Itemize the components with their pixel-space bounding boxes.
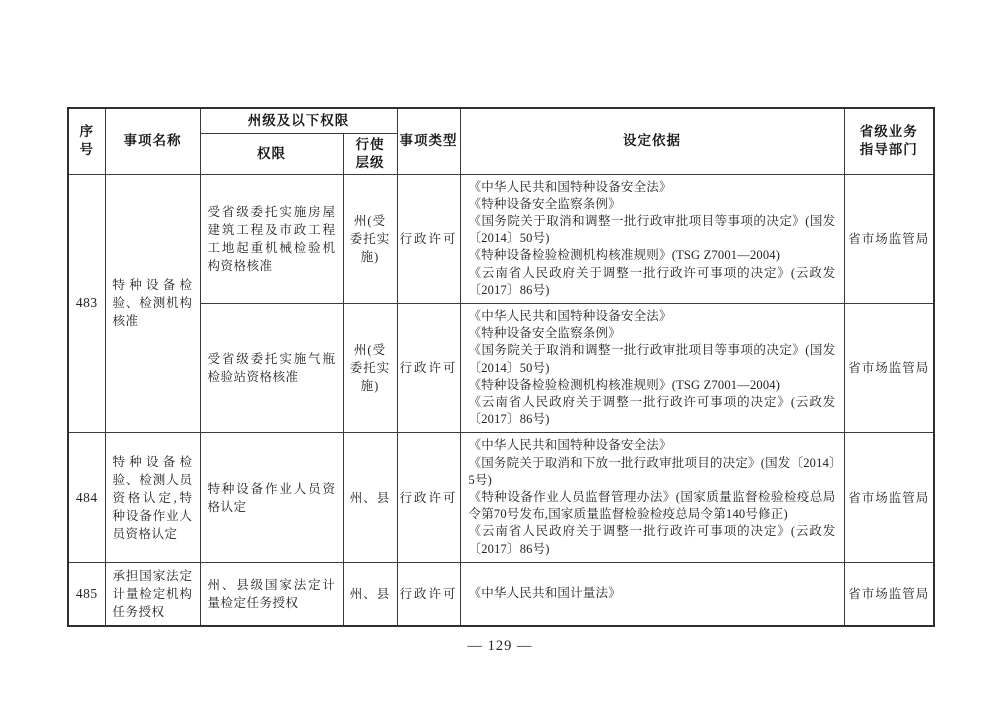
header-seq: 序 号 bbox=[68, 108, 105, 174]
exercise-level-cell: 州、县 bbox=[343, 562, 397, 626]
header-guidance-dept: 省级业务 指导部门 bbox=[844, 108, 934, 174]
item-name-cell: 特种设备检验、检测机构核准 bbox=[105, 174, 200, 433]
table-row-483-sub1: 483 特种设备检验、检测机构核准 受省级委托实施房屋建筑工程及市政工程工地起重… bbox=[68, 174, 934, 303]
header-basis: 设定依据 bbox=[460, 108, 844, 174]
header-row-group: 序 号 事项名称 州级及以下权限 事项类型 设定依据 省级业务 指导部门 bbox=[68, 108, 934, 133]
table-row-484: 484 特种设备检验、检测人员资格认定,特种设备作业人员资格认定 特种设备作业人… bbox=[68, 433, 934, 562]
table-row-485: 485 承担国家法定计量检定机构任务授权 州、县级国家法定计量检定任务授权 州、… bbox=[68, 562, 934, 626]
header-authority: 权限 bbox=[200, 133, 343, 174]
authority-cell: 受省级委托实施气瓶检验站资格核准 bbox=[200, 303, 343, 432]
header-item-name: 事项名称 bbox=[105, 108, 200, 174]
guidance-dept-cell: 省市场监管局 bbox=[844, 433, 934, 562]
document-page: 序 号 事项名称 州级及以下权限 事项类型 设定依据 省级业务 指导部门 权限 … bbox=[0, 0, 1000, 707]
seq-cell: 484 bbox=[68, 433, 105, 562]
item-name-cell: 承担国家法定计量检定机构任务授权 bbox=[105, 562, 200, 626]
page-number: — 129 — bbox=[0, 638, 1000, 655]
item-name-cell: 特种设备检验、检测人员资格认定,特种设备作业人员资格认定 bbox=[105, 433, 200, 562]
exercise-level-cell: 州(受委托实施) bbox=[343, 174, 397, 303]
basis-cell: 《中华人民共和国特种设备安全法》 《特种设备安全监察条例》 《国务院关于取消和调… bbox=[460, 174, 844, 303]
guidance-dept-cell: 省市场监管局 bbox=[844, 303, 934, 432]
basis-cell: 《中华人民共和国计量法》 bbox=[460, 562, 844, 626]
authority-cell: 州、县级国家法定计量检定任务授权 bbox=[200, 562, 343, 626]
item-type-cell: 行政许可 bbox=[397, 433, 460, 562]
authority-cell: 受省级委托实施房屋建筑工程及市政工程工地起重机械检验机构资格核准 bbox=[200, 174, 343, 303]
exercise-level-cell: 州(受委托实施) bbox=[343, 303, 397, 432]
header-exercise-level: 行使 层级 bbox=[343, 133, 397, 174]
basis-cell: 《中华人民共和国特种设备安全法》 《特种设备安全监察条例》 《国务院关于取消和调… bbox=[460, 303, 844, 432]
authority-cell: 特种设备作业人员资格认定 bbox=[200, 433, 343, 562]
basis-cell: 《中华人民共和国特种设备安全法》 《国务院关于取消和下放一批行政审批项目的决定》… bbox=[460, 433, 844, 562]
exercise-level-cell: 州、县 bbox=[343, 433, 397, 562]
authority-items-table: 序 号 事项名称 州级及以下权限 事项类型 设定依据 省级业务 指导部门 权限 … bbox=[67, 107, 935, 627]
header-item-type: 事项类型 bbox=[397, 108, 460, 174]
item-type-cell: 行政许可 bbox=[397, 174, 460, 303]
item-type-cell: 行政许可 bbox=[397, 303, 460, 432]
seq-cell: 485 bbox=[68, 562, 105, 626]
header-group-authority: 州级及以下权限 bbox=[200, 108, 397, 133]
guidance-dept-cell: 省市场监管局 bbox=[844, 562, 934, 626]
item-type-cell: 行政许可 bbox=[397, 562, 460, 626]
seq-cell: 483 bbox=[68, 174, 105, 433]
guidance-dept-cell: 省市场监管局 bbox=[844, 174, 934, 303]
